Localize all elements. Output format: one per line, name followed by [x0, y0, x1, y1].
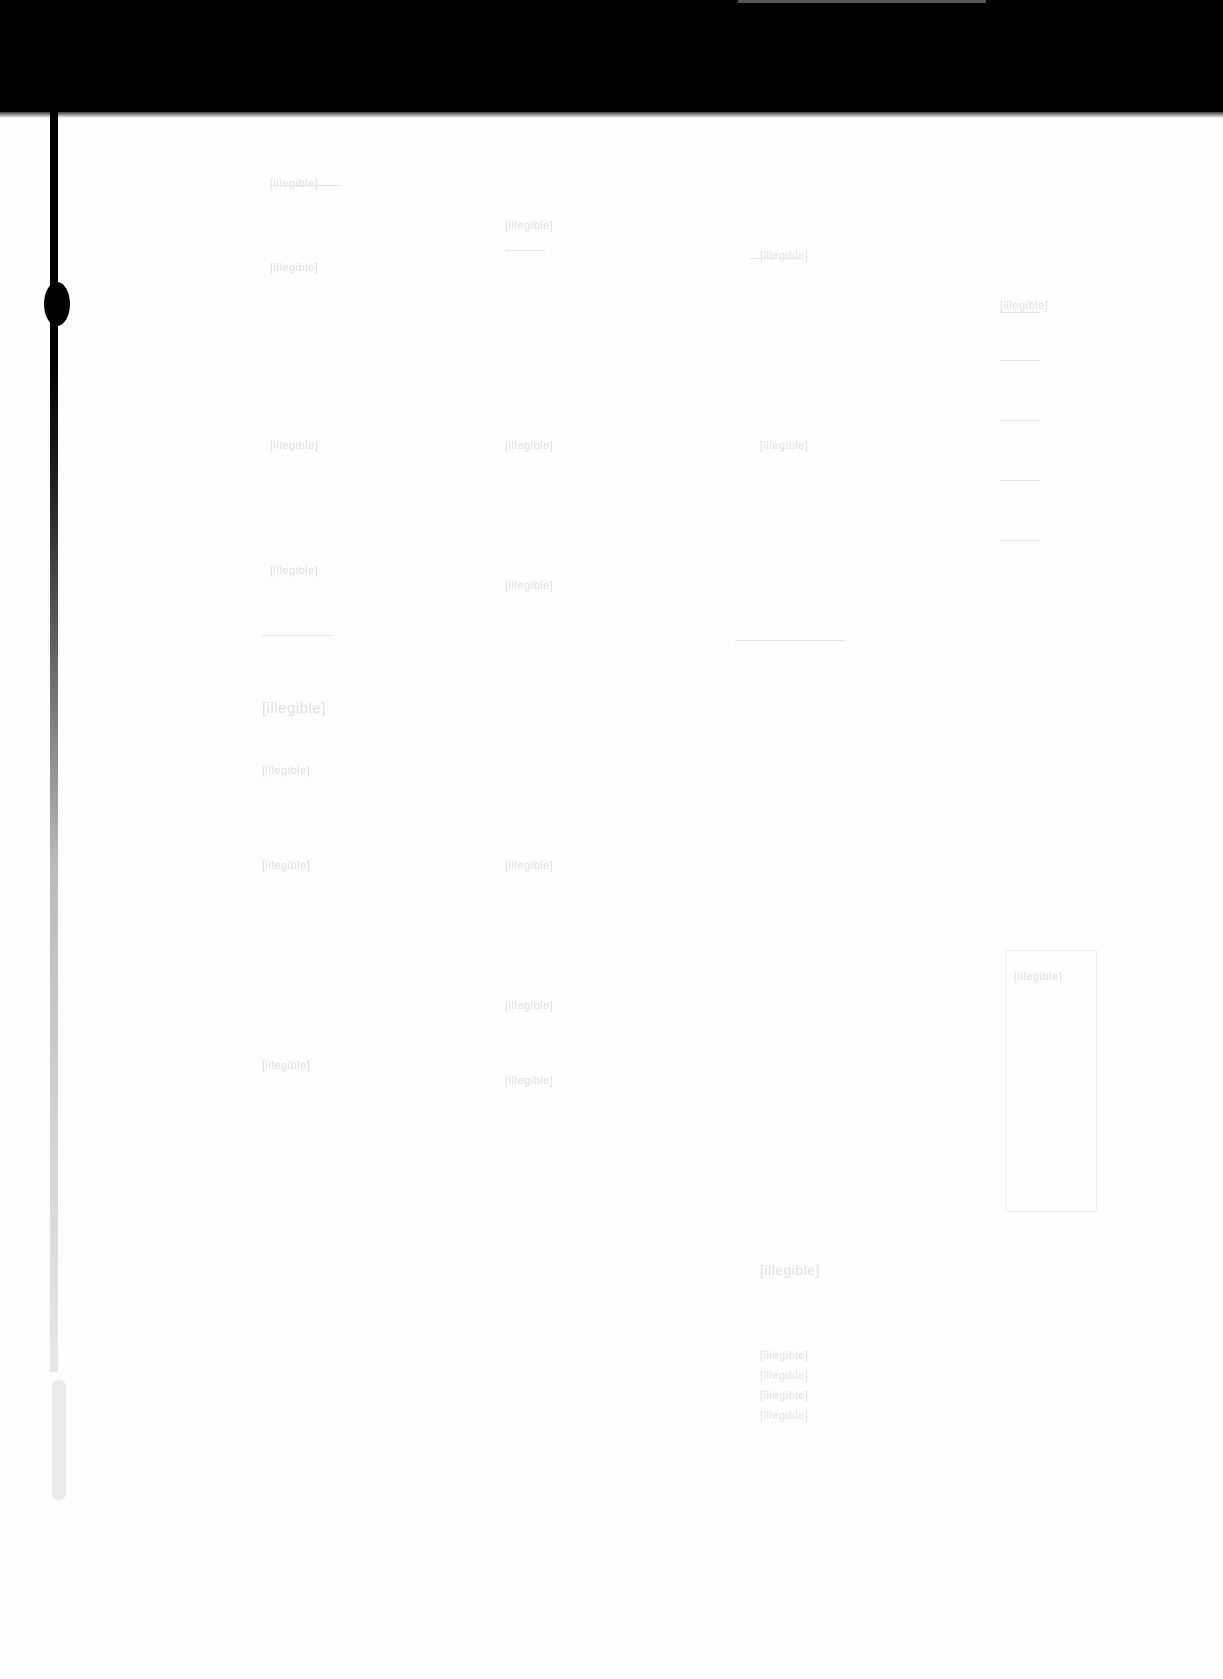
right-margin-rule	[1000, 540, 1040, 541]
left-block: [illegible]	[262, 1060, 310, 1072]
middle-block: [illegible]	[505, 440, 553, 452]
top-slot-mark	[738, 0, 986, 3]
lower-right-line: [illegible]	[760, 1410, 808, 1422]
dark-top-band	[0, 0, 1223, 112]
left-bar-lower-shadow	[52, 1380, 66, 1500]
left-heading: [illegible]	[262, 700, 326, 717]
middle-block: [illegible]	[505, 860, 553, 872]
left-block: [illegible]	[270, 565, 318, 577]
right-block: [illegible]	[760, 440, 808, 452]
right-margin-block: [illegible]	[1000, 300, 1048, 312]
right-margin-rule	[1000, 420, 1040, 421]
lower-right-line: [illegible]	[760, 1350, 808, 1362]
header-text: [illegible]	[270, 178, 318, 190]
middle-block: [illegible]	[505, 1000, 553, 1012]
right-margin-rule	[1000, 480, 1040, 481]
header-rule	[270, 185, 340, 186]
lower-right-title: [illegible]	[760, 1262, 820, 1278]
middle-block: [illegible]	[505, 580, 553, 592]
left-rule	[262, 635, 332, 636]
right-rule	[750, 258, 800, 259]
right-margin-rule	[1000, 312, 1040, 313]
left-block: [illegible]	[262, 765, 310, 777]
middle-rule	[505, 250, 545, 251]
boxed-section-text: [illegible]	[1014, 971, 1062, 983]
left-bar-bulge	[44, 282, 70, 326]
left-block: [illegible]	[270, 262, 318, 274]
lower-right-line: [illegible]	[760, 1390, 808, 1402]
middle-block: [illegible]	[505, 1075, 553, 1087]
right-block: [illegible]	[760, 250, 808, 262]
left-block: [illegible]	[270, 440, 318, 452]
lower-right-line: [illegible]	[760, 1370, 808, 1382]
left-block: [illegible]	[262, 860, 310, 872]
right-margin-rule	[1000, 360, 1040, 361]
boxed-section: [illegible]	[1005, 950, 1097, 1212]
middle-block: [illegible]	[505, 220, 553, 232]
right-rule	[735, 640, 845, 641]
